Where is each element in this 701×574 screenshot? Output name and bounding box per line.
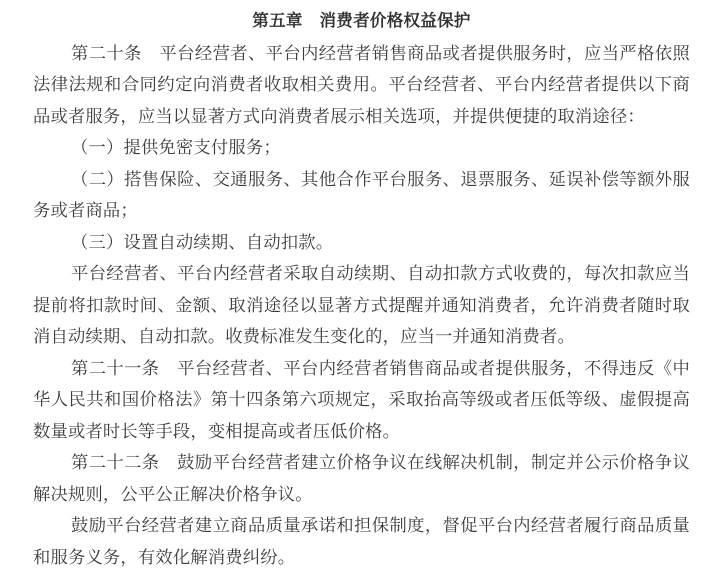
- paragraph-article-21: 第二十一条 平台经营者、平台内经营者销售商品或者提供服务，不得违反《中华人民共和…: [33, 353, 690, 448]
- paragraph-article-22: 第二十二条 鼓励平台经营者建立价格争议在线解决机制，制定并公示价格争议解决规则，…: [33, 447, 690, 510]
- paragraph-auto-renewal: 平台经营者、平台内经营者采取自动续期、自动扣款方式收费的，每次扣款应当提前将扣款…: [33, 258, 690, 353]
- paragraph-item-1: （一）提供免密支付服务；: [33, 132, 690, 164]
- paragraph-article-20: 第二十条 平台经营者、平台内经营者销售商品或者提供服务时，应当严格依照法律法规和…: [33, 38, 690, 133]
- chapter-title: 第五章 消费者价格权益保护: [33, 6, 690, 38]
- paragraph-item-2: （二）搭售保险、交通服务、其他合作平台服务、退票服务、延误补偿等额外服务或者商品…: [33, 164, 690, 227]
- document-page: 第五章 消费者价格权益保护 第二十条 平台经营者、平台内经营者销售商品或者提供服…: [0, 0, 701, 574]
- paragraph-item-3: （三）设置自动续期、自动扣款。: [33, 227, 690, 259]
- paragraph-quality-guarantee: 鼓励平台经营者建立商品质量承诺和担保制度，督促平台内经营者履行商品质量和服务义务…: [33, 510, 690, 573]
